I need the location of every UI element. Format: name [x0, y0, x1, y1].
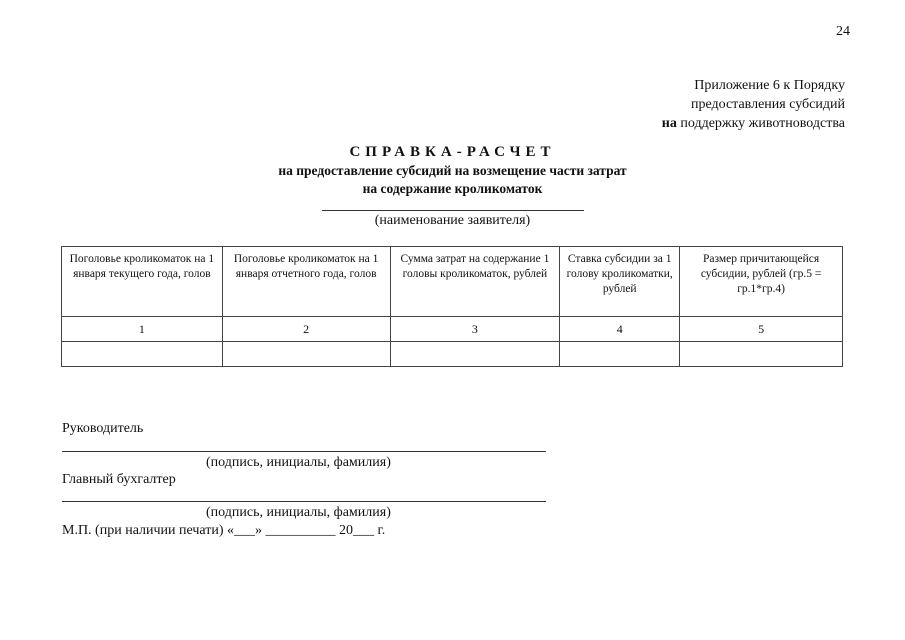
stamp-date-line: М.П. (при наличии печати) «___» ________…	[62, 523, 385, 539]
data-cell[interactable]	[62, 342, 223, 367]
column-number: 4	[560, 317, 680, 342]
data-cell[interactable]	[560, 342, 680, 367]
document-subtitle: на предоставление субсидий на возмещение…	[0, 162, 905, 198]
accountant-signature-line[interactable]	[62, 501, 546, 502]
subtitle-line-2: на содержание кроликоматок	[0, 180, 905, 198]
subtitle-line-1: на предоставление субсидий на возмещение…	[0, 162, 905, 180]
head-caption: (подпись, инициалы, фамилия)	[206, 455, 391, 471]
document-title: СПРАВКА-РАСЧЕТ	[0, 144, 905, 161]
head-signature-line[interactable]	[62, 451, 546, 452]
data-cell[interactable]	[390, 342, 560, 367]
head-label: Руководитель	[62, 421, 143, 437]
appendix-line-2: предоставления субсидий	[662, 95, 845, 114]
table-row	[62, 342, 843, 367]
calculation-table: Поголовье кроликоматок на 1 января текущ…	[61, 246, 843, 367]
column-number: 1	[62, 317, 223, 342]
header-cell: Поголовье кроликоматок на 1 января отчет…	[222, 247, 390, 317]
table-header-row: Поголовье кроликоматок на 1 января текущ…	[62, 247, 843, 317]
appendix-line-1: Приложение 6 к Порядку	[662, 76, 845, 95]
header-cell: Ставка субсидии за 1 голову кроликоматки…	[560, 247, 680, 317]
header-cell: Сумма затрат на содержание 1 головы крол…	[390, 247, 560, 317]
data-cell[interactable]	[222, 342, 390, 367]
header-cell: Поголовье кроликоматок на 1 января текущ…	[62, 247, 223, 317]
appendix-reference: Приложение 6 к Порядку предоставления су…	[662, 76, 845, 133]
data-cell[interactable]	[680, 342, 843, 367]
accountant-label: Главный бухгалтер	[62, 472, 176, 488]
applicant-caption: (наименование заявителя)	[0, 213, 905, 229]
column-number: 2	[222, 317, 390, 342]
column-number: 3	[390, 317, 560, 342]
accountant-caption: (подпись, инициалы, фамилия)	[206, 505, 391, 521]
column-number: 5	[680, 317, 843, 342]
page-number: 24	[820, 24, 850, 40]
column-number-row: 1 2 3 4 5	[62, 317, 843, 342]
appendix-line-3: на поддержку животноводства	[662, 114, 845, 133]
applicant-name-field[interactable]	[322, 210, 584, 211]
header-cell: Размер причитающейся субсидии, рублей (г…	[680, 247, 843, 317]
